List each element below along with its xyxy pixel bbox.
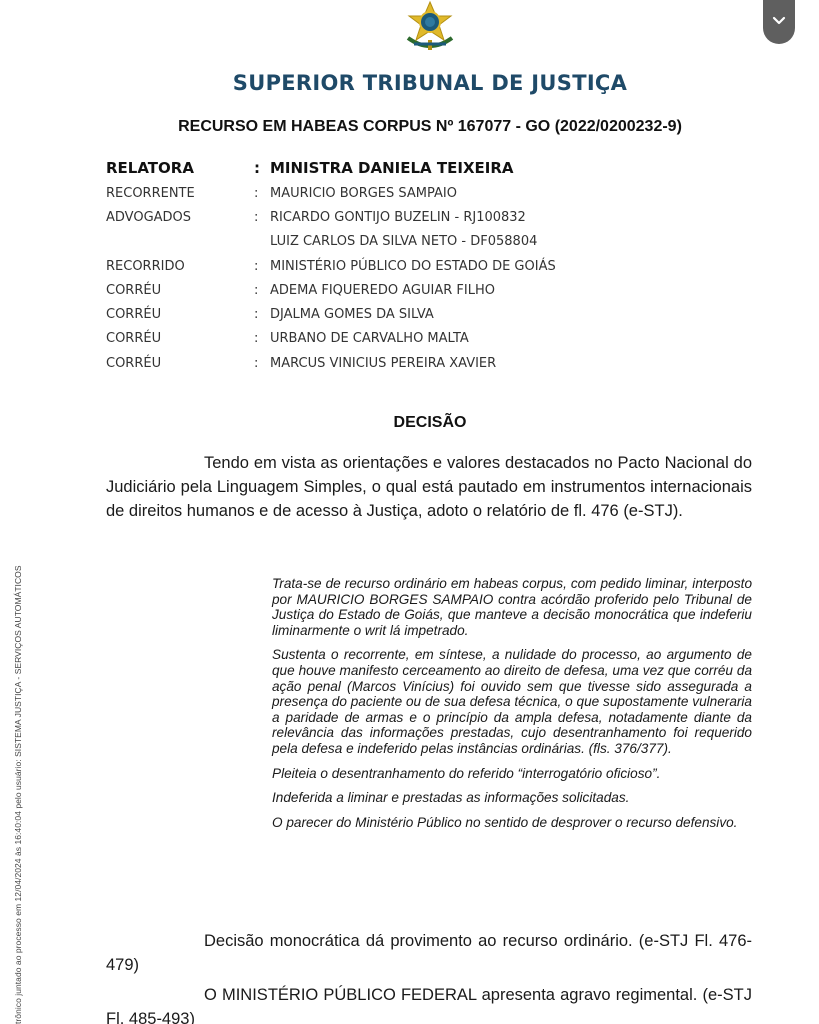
party-row: RELATORA : MINISTRA DANIELA TEIXEIRA — [106, 155, 666, 181]
collapse-button[interactable] — [763, 0, 795, 44]
party-row: CORRÉU : DJALMA GOMES DA SILVA — [106, 302, 666, 326]
party-role: CORRÉU — [106, 356, 254, 371]
party-colon: : — [254, 356, 270, 371]
party-role: CORRÉU — [106, 283, 254, 298]
party-row: CORRÉU : ADEMA FIQUEREDO AGUIAR FILHO — [106, 278, 666, 302]
party-name: MAURICIO BORGES SAMPAIO — [270, 186, 457, 201]
decision-paragraph-2-text: Decisão monocrática dá provimento ao rec… — [106, 932, 752, 974]
party-row: CORRÉU : URBANO DE CARVALHO MALTA — [106, 327, 666, 351]
party-name: URBANO DE CARVALHO MALTA — [270, 331, 469, 346]
party-colon: : — [254, 331, 270, 346]
party-row: RECORRENTE : MAURICIO BORGES SAMPAIO — [106, 181, 666, 205]
party-name: MINISTÉRIO PÚBLICO DO ESTADO DE GOIÁS — [270, 259, 556, 274]
quote-paragraph: Sustenta o recorrente, em síntese, a nul… — [272, 647, 752, 756]
party-name: MINISTRA DANIELA TEIXEIRA — [270, 159, 514, 177]
party-row: ADVOGADOS : RICARDO GONTIJO BUZELIN - RJ… — [106, 205, 666, 229]
party-name: MARCUS VINICIUS PEREIRA XAVIER — [270, 356, 496, 371]
party-role: CORRÉU — [106, 331, 254, 346]
case-title: RECURSO EM HABEAS CORPUS Nº 167077 - GO … — [0, 118, 819, 136]
party-role: ADVOGADOS — [106, 210, 254, 225]
party-colon: : — [254, 186, 270, 201]
party-name: LUIZ CARLOS DA SILVA NETO - DF058804 — [270, 234, 537, 249]
party-name: DJALMA GOMES DA SILVA — [270, 307, 434, 322]
electronic-filing-stamp: trônico juntado ao processo em 12/04/202… — [13, 565, 23, 1024]
party-row: CORRÉU : MARCUS VINICIUS PEREIRA XAVIER — [106, 351, 666, 375]
party-colon: : — [254, 283, 270, 298]
decision-intro-paragraph: Tendo em vista as orientações e valores … — [106, 451, 752, 523]
party-colon: : — [254, 159, 270, 177]
party-colon: : — [254, 210, 270, 225]
party-role: RELATORA — [106, 159, 254, 177]
parties-list: RELATORA : MINISTRA DANIELA TEIXEIRA REC… — [106, 155, 666, 375]
chevron-down-icon — [772, 13, 786, 31]
party-role: CORRÉU — [106, 307, 254, 322]
party-row: LUIZ CARLOS DA SILVA NETO - DF058804 — [106, 230, 666, 254]
brazil-coat-of-arms-icon — [400, 0, 460, 54]
decision-paragraph-3: O MINISTÉRIO PÚBLICO FEDERAL apresenta a… — [106, 983, 752, 1024]
party-colon: : — [254, 307, 270, 322]
decision-paragraph-2: Decisão monocrática dá provimento ao rec… — [106, 929, 752, 977]
court-name: SUPERIOR TRIBUNAL DE JUSTIÇA — [0, 71, 819, 95]
party-row: RECORRIDO : MINISTÉRIO PÚBLICO DO ESTADO… — [106, 254, 666, 278]
party-role: RECORRIDO — [106, 259, 254, 274]
quoted-report: Trata-se de recurso ordinário em habeas … — [272, 576, 752, 839]
party-name: ADEMA FIQUEREDO AGUIAR FILHO — [270, 283, 495, 298]
decision-paragraph-3-text: O MINISTÉRIO PÚBLICO FEDERAL apresenta a… — [106, 986, 752, 1024]
party-role: RECORRENTE — [106, 186, 254, 201]
quote-paragraph: Pleiteia o desentranhamento do referido … — [272, 766, 752, 782]
party-name: RICARDO GONTIJO BUZELIN - RJ100832 — [270, 210, 526, 225]
quote-paragraph: Indeferida a liminar e prestadas as info… — [272, 790, 752, 806]
decision-heading: DECISÃO — [0, 414, 819, 432]
decision-intro-text: Tendo em vista as orientações e valores … — [106, 454, 752, 520]
quote-paragraph: Trata-se de recurso ordinário em habeas … — [272, 576, 752, 638]
party-colon: : — [254, 259, 270, 274]
quote-paragraph: O parecer do Ministério Público no senti… — [272, 815, 752, 831]
